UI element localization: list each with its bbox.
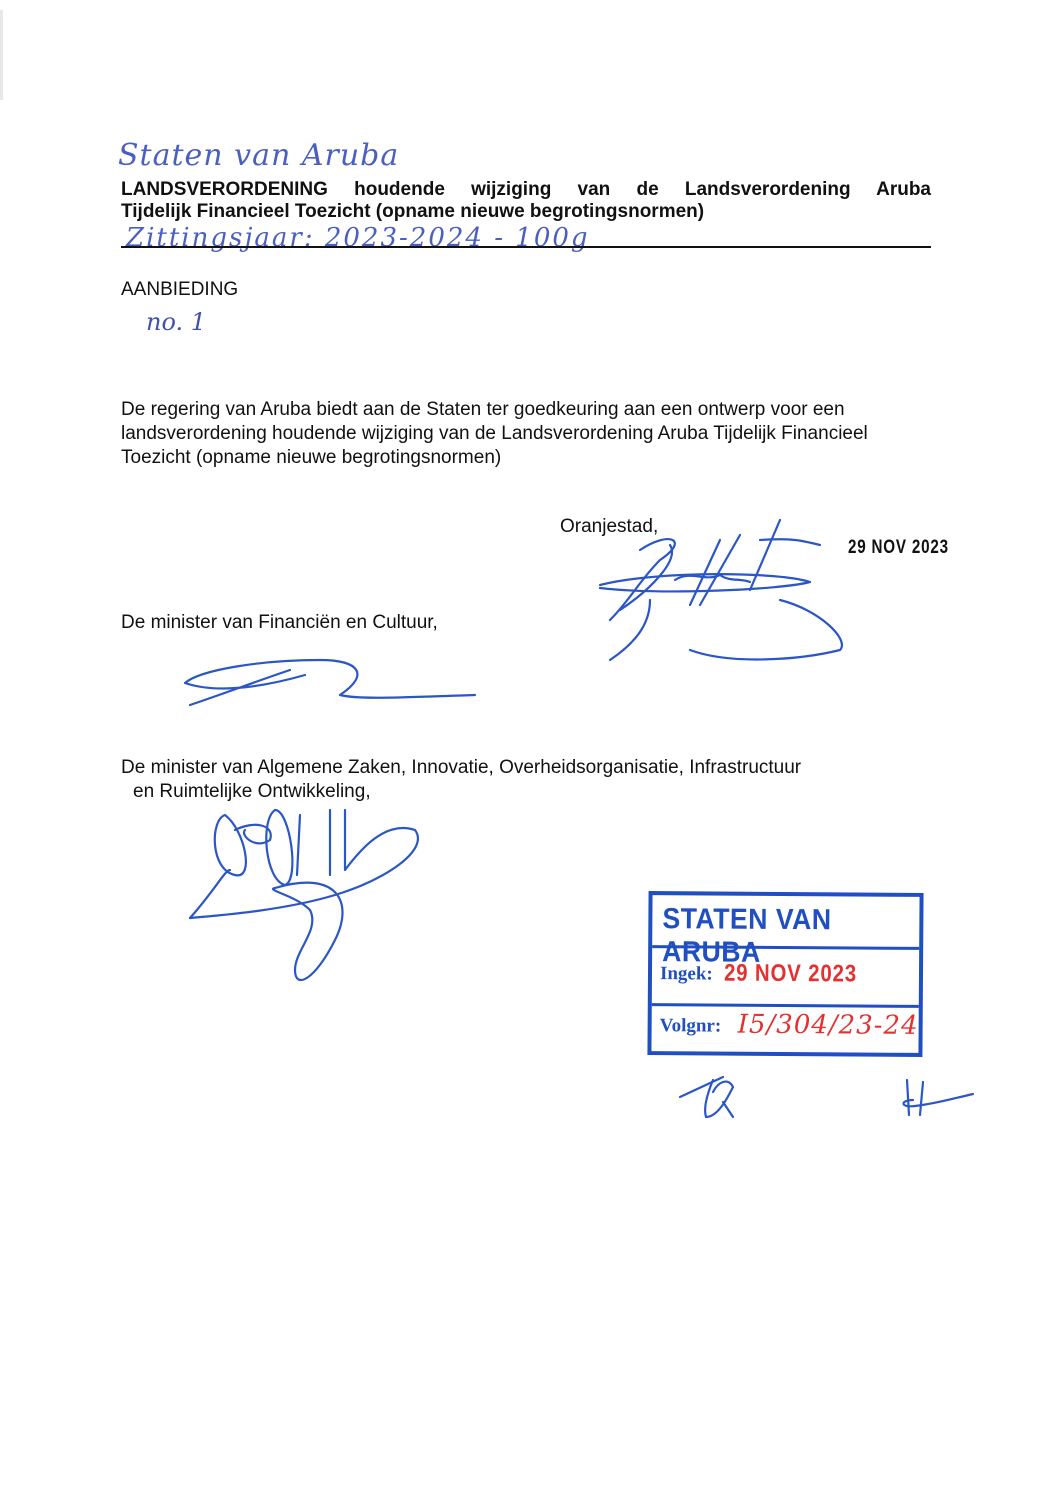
initial-2 — [895, 1070, 975, 1120]
scan-edge-mark — [0, 10, 3, 100]
title-line-1: LANDSVERORDENING houdende wijziging van … — [121, 179, 931, 201]
minister-general-affairs-signature — [185, 800, 425, 1000]
receipt-stamp: STATEN VAN ARUBA Ingek: 29 NOV 2023 Volg… — [647, 891, 923, 1057]
document-title: LANDSVERORDENING houdende wijziging van … — [121, 179, 931, 223]
stamp-received-label: Ingek: — [660, 963, 713, 985]
stamp-number-row: Volgnr: I5/304/23-24 — [651, 1003, 918, 1053]
title-underline — [121, 246, 931, 248]
minister-general-affairs-label: De minister van Algemene Zaken, Innovati… — [121, 756, 901, 804]
stamp-received-row: Ingek: 29 NOV 2023 — [652, 945, 919, 1008]
handwritten-session: Zittingsjaar: 2023-2024 - 100g — [126, 223, 590, 253]
minister-finance-signature — [180, 655, 480, 715]
stamp-header-row: STATEN VAN ARUBA — [652, 895, 919, 950]
stamp-number-label: Volgnr: — [660, 1015, 722, 1037]
section-label: AANBIEDING — [121, 279, 238, 301]
body-paragraph: De regering van Aruba biedt aan de State… — [121, 398, 936, 470]
minister-finance-label: De minister van Financiën en Cultuur, — [121, 612, 438, 634]
governor-signature — [580, 510, 870, 670]
minister2-line-1: De minister van Algemene Zaken, Innovati… — [121, 757, 801, 778]
title-line-2: Tijdelijk Financieel Toezicht (opname ni… — [121, 201, 704, 222]
initial-1 — [678, 1072, 748, 1122]
handwritten-header: Staten van Aruba — [118, 138, 399, 173]
stamp-number-value: I5/304/23-24 — [738, 1010, 919, 1041]
handwritten-number: no. 1 — [146, 308, 206, 336]
stamp-received-date: 29 NOV 2023 — [724, 960, 857, 989]
